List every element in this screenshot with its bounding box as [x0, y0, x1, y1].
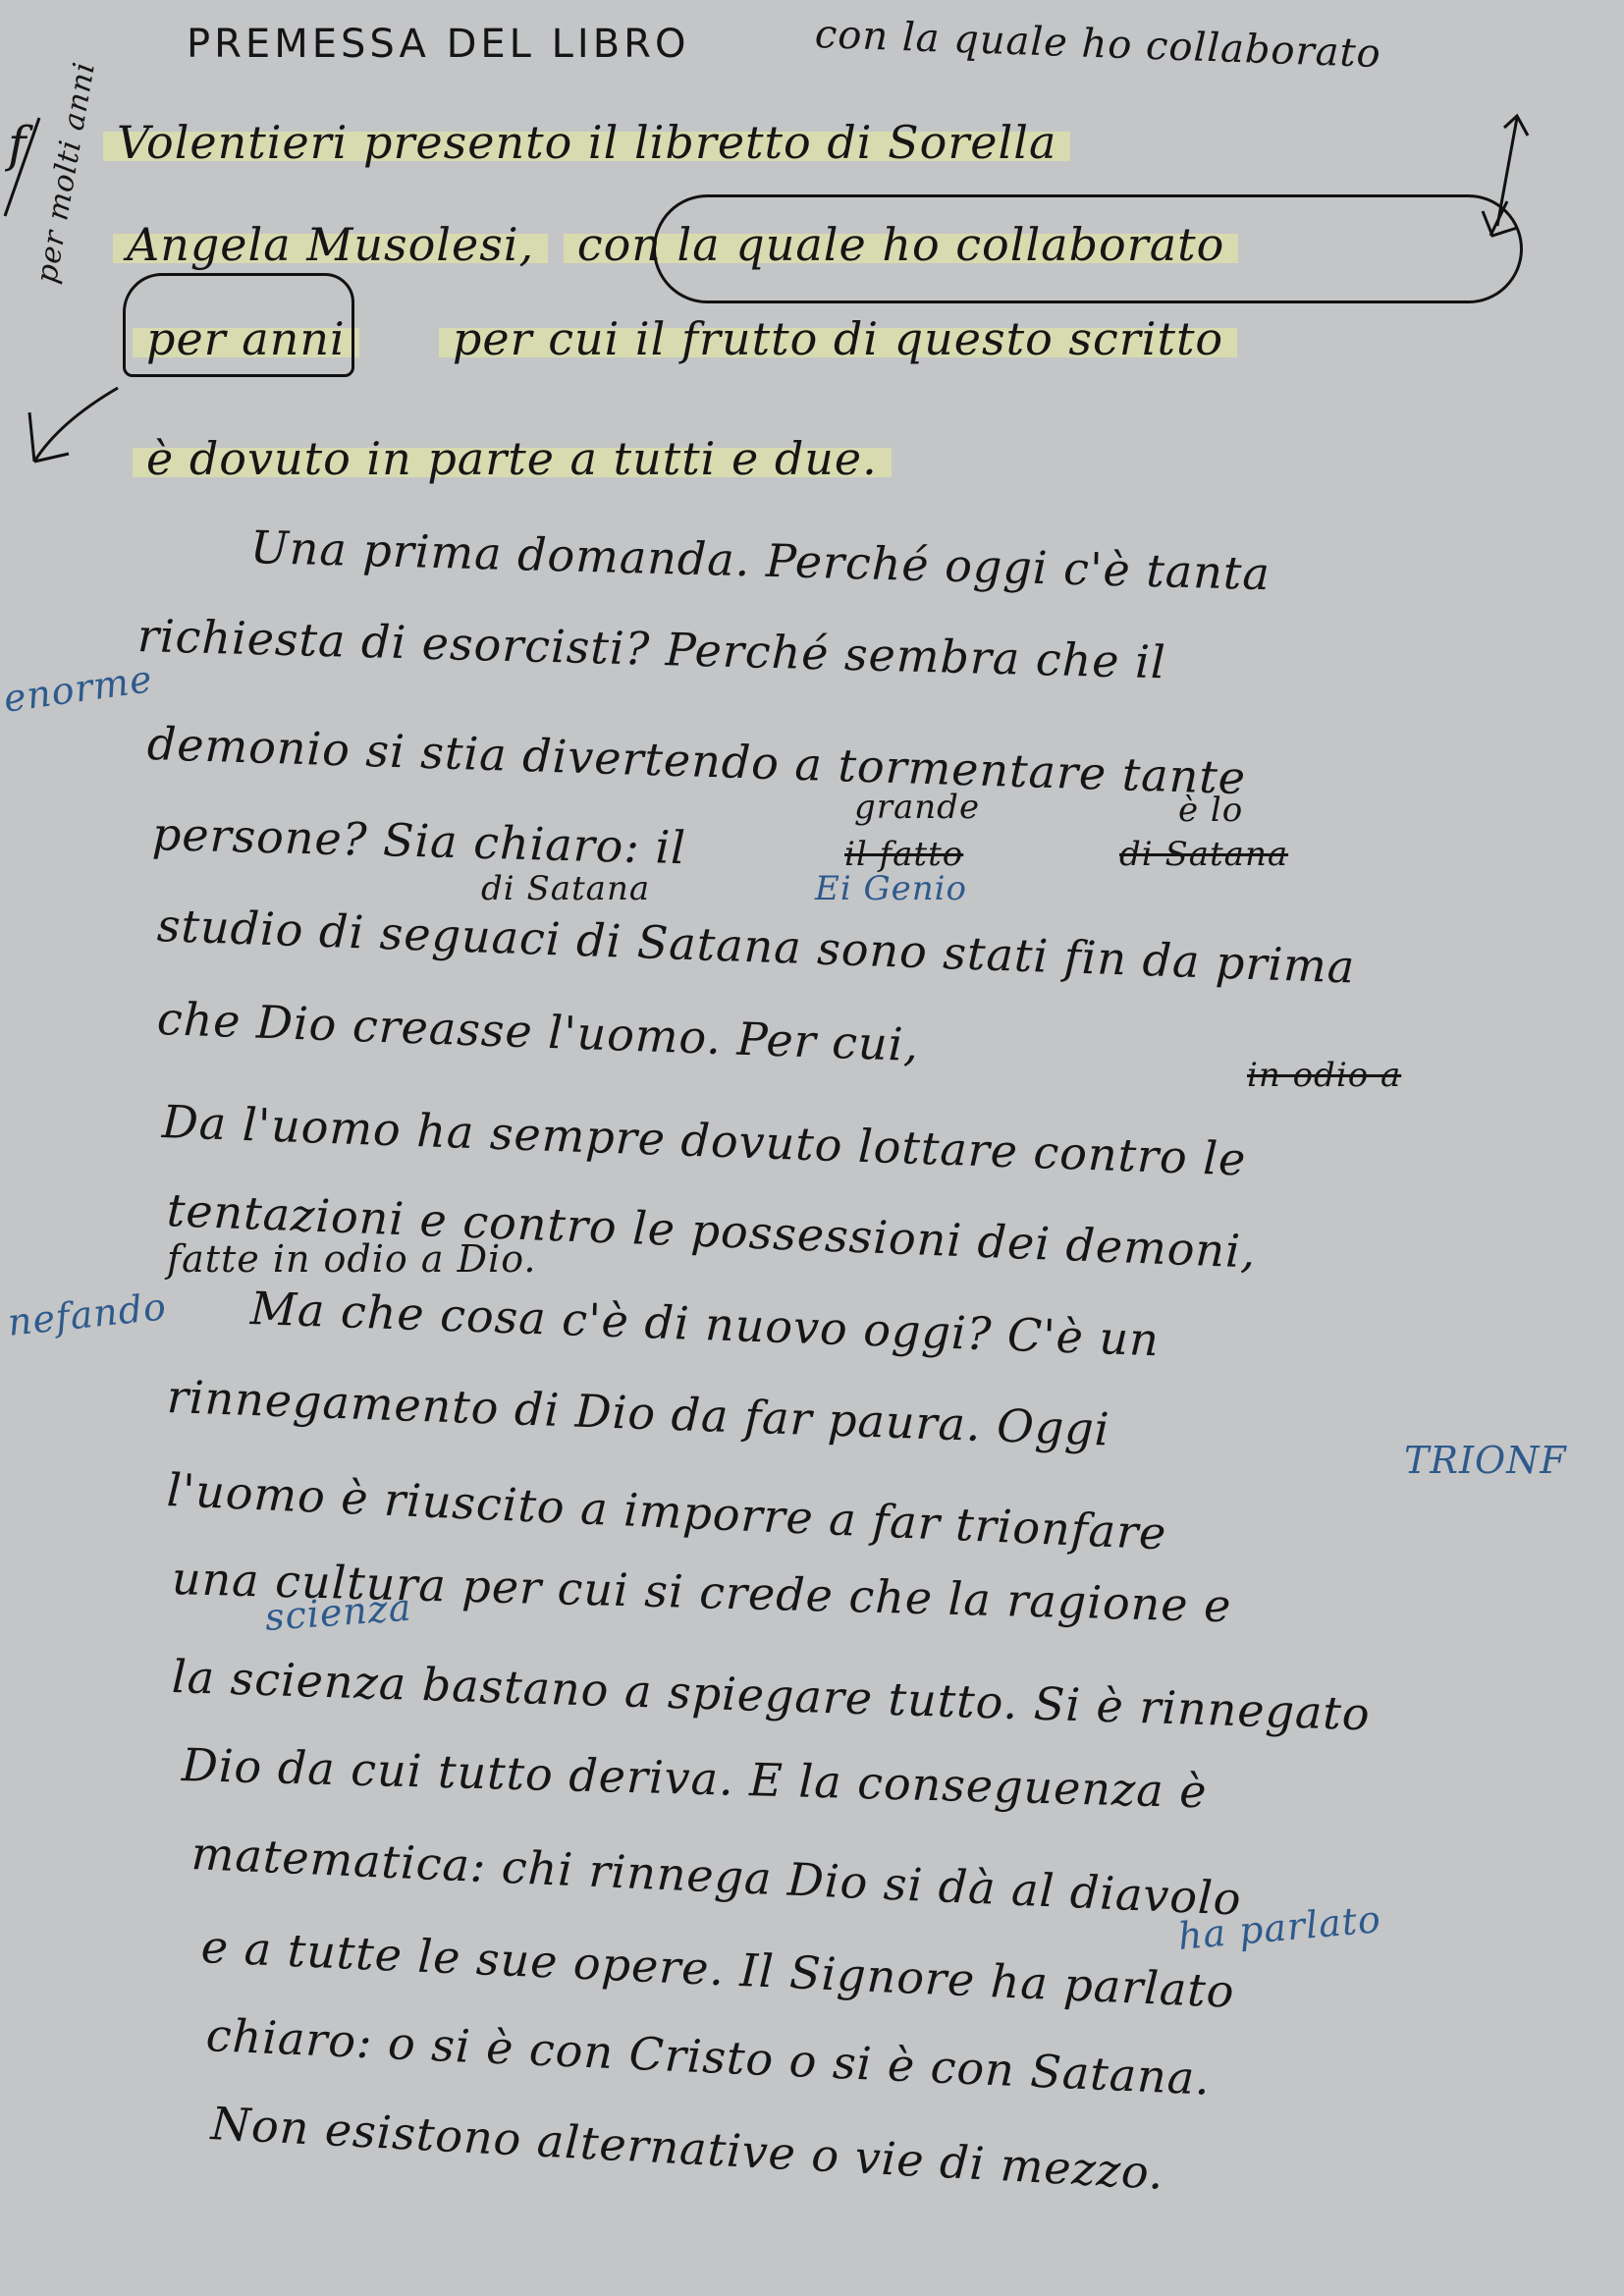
- struck-text-2: di Satana: [1119, 835, 1288, 874]
- insertion-di-satana: di Satana: [481, 869, 650, 908]
- blue-note-trionfo: TRIONF: [1404, 1439, 1567, 1482]
- body-line-9: fatte in odio a Dio.: [167, 1237, 537, 1281]
- margin-stroke-icon: [5, 118, 39, 216]
- insertion-grande: grande: [854, 788, 980, 827]
- handwritten-page: PREMESSA DEL LIBRO con la quale ho colla…: [0, 0, 1624, 2296]
- struck-text-1: il fatto: [844, 835, 963, 874]
- down-left-arrow-icon: [29, 388, 118, 462]
- insertion-e-lo: è lo: [1178, 791, 1243, 830]
- blue-insertion-ei-genio: Ei Genio: [815, 869, 967, 908]
- struck-text-3: in odio a: [1247, 1056, 1401, 1095]
